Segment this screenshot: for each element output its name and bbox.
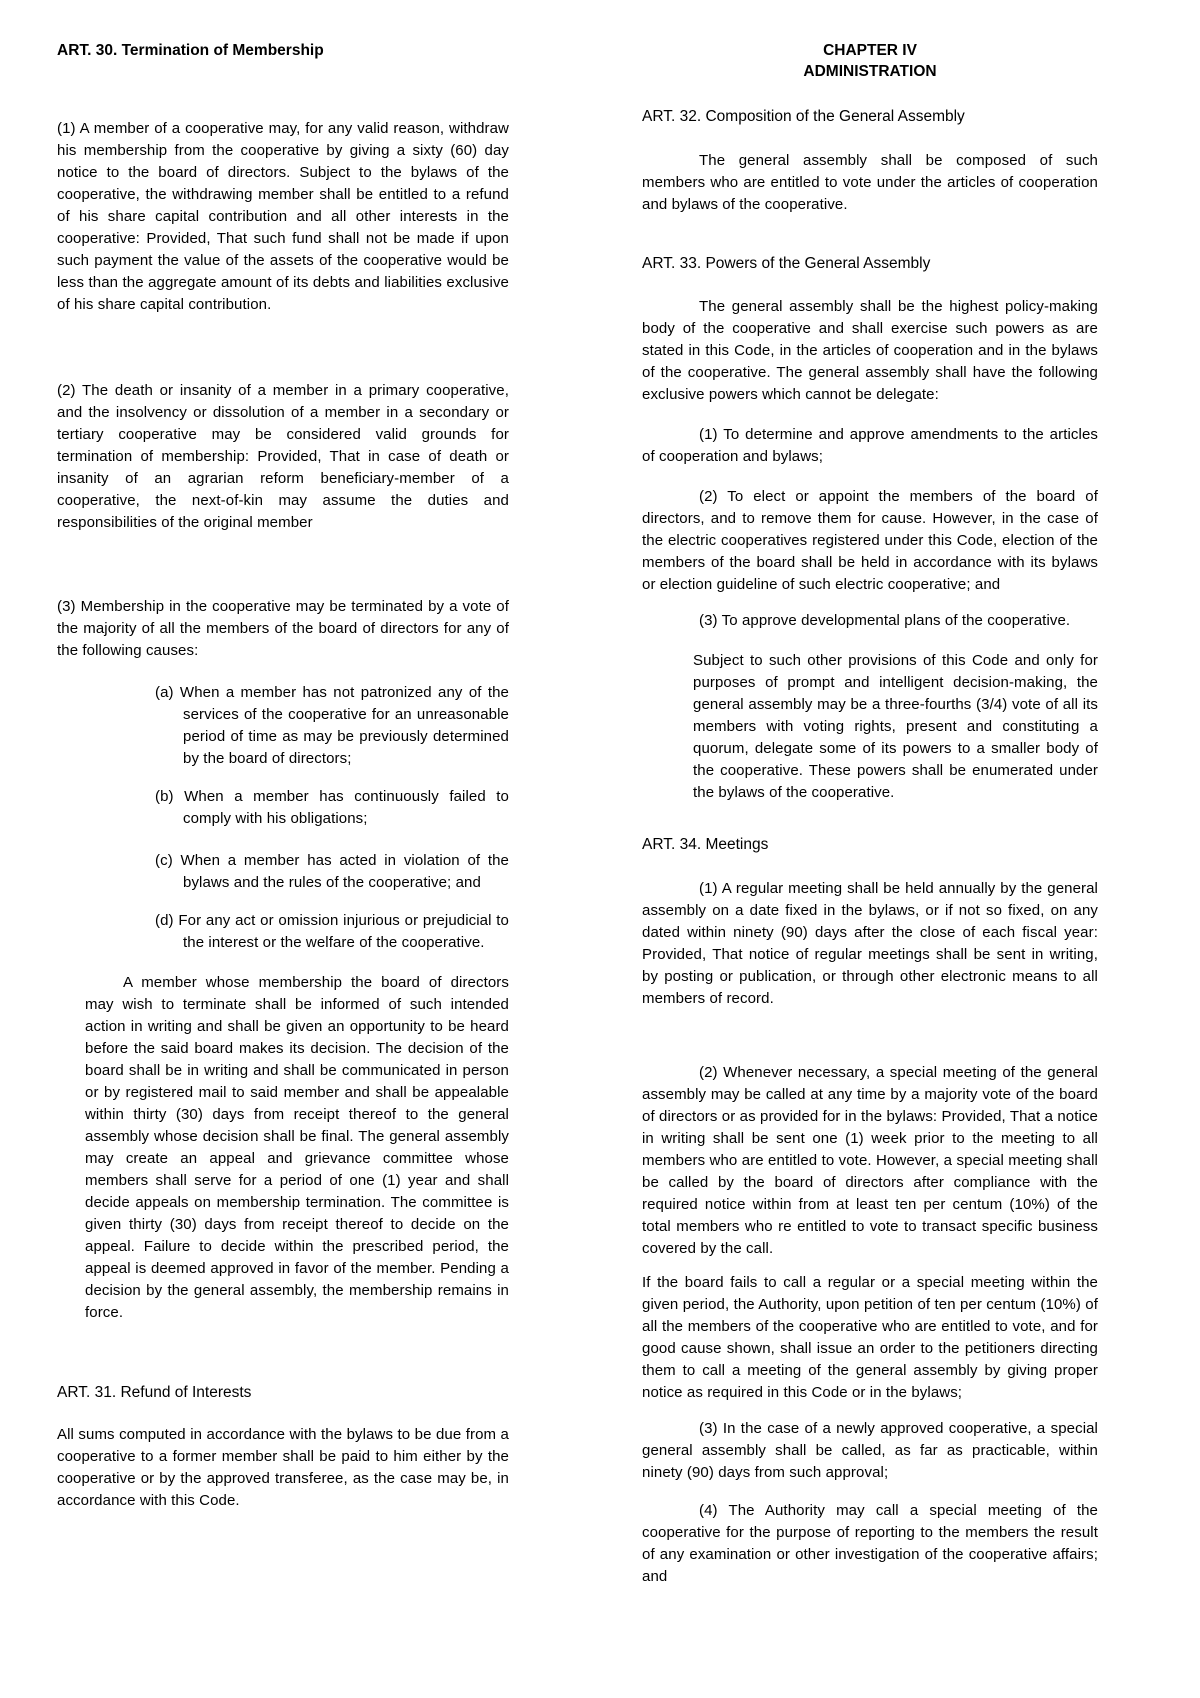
art30-cause-b: (b) When a member has continuously faile… bbox=[155, 786, 509, 830]
art33-power-1: (1) To determine and approve amendments … bbox=[642, 424, 1098, 468]
art34-item-2: (2) Whenever necessary, a special meetin… bbox=[642, 1062, 1098, 1260]
art34-item-1: (1) A regular meeting shall be held annu… bbox=[642, 878, 1098, 1010]
art30-cause-d: (d) For any act or omission injurious or… bbox=[155, 910, 509, 954]
art33-heading: ART. 33. Powers of the General Assembly bbox=[642, 253, 1098, 275]
art32-paragraph: The general assembly shall be composed o… bbox=[642, 150, 1098, 216]
art30-paragraph-1: (1) A member of a cooperative may, for a… bbox=[57, 118, 509, 316]
art33-power-2: (2) To elect or appoint the members of t… bbox=[642, 486, 1098, 596]
art33-delegation-note: Subject to such other provisions of this… bbox=[693, 650, 1098, 804]
art34-heading: ART. 34. Meetings bbox=[642, 834, 1098, 856]
chapter-title: CHAPTER IV bbox=[642, 40, 1098, 61]
right-column: CHAPTER IV ADMINISTRATION ART. 32. Compo… bbox=[642, 40, 1098, 1588]
chapter-subtitle: ADMINISTRATION bbox=[642, 61, 1098, 82]
document-page: ART. 30. Termination of Membership (1) A… bbox=[0, 0, 1200, 1698]
art34-board-failure-paragraph: If the board fails to call a regular or … bbox=[642, 1272, 1098, 1404]
art30-cause-c: (c) When a member has acted in violation… bbox=[155, 850, 509, 894]
left-column: ART. 30. Termination of Membership (1) A… bbox=[57, 40, 509, 1512]
art30-paragraph-3: (3) Membership in the cooperative may be… bbox=[57, 596, 509, 662]
art33-power-3: (3) To approve developmental plans of th… bbox=[642, 610, 1098, 632]
art31-paragraph: All sums computed in accordance with the… bbox=[57, 1424, 509, 1512]
art32-heading: ART. 32. Composition of the General Asse… bbox=[642, 106, 1098, 128]
chapter-heading: CHAPTER IV ADMINISTRATION bbox=[642, 40, 1098, 82]
art30-cause-a: (a) When a member has not patronized any… bbox=[155, 682, 509, 770]
art33-paragraph: The general assembly shall be the highes… bbox=[642, 296, 1098, 406]
art31-heading: ART. 31. Refund of Interests bbox=[57, 1382, 509, 1404]
art34-item-3: (3) In the case of a newly approved coop… bbox=[642, 1418, 1098, 1484]
art30-appeal-paragraph: A member whose membership the board of d… bbox=[85, 972, 509, 1324]
art30-paragraph-2: (2) The death or insanity of a member in… bbox=[57, 380, 509, 534]
art30-heading: ART. 30. Termination of Membership bbox=[57, 40, 509, 62]
art34-item-4: (4) The Authority may call a special mee… bbox=[642, 1500, 1098, 1588]
